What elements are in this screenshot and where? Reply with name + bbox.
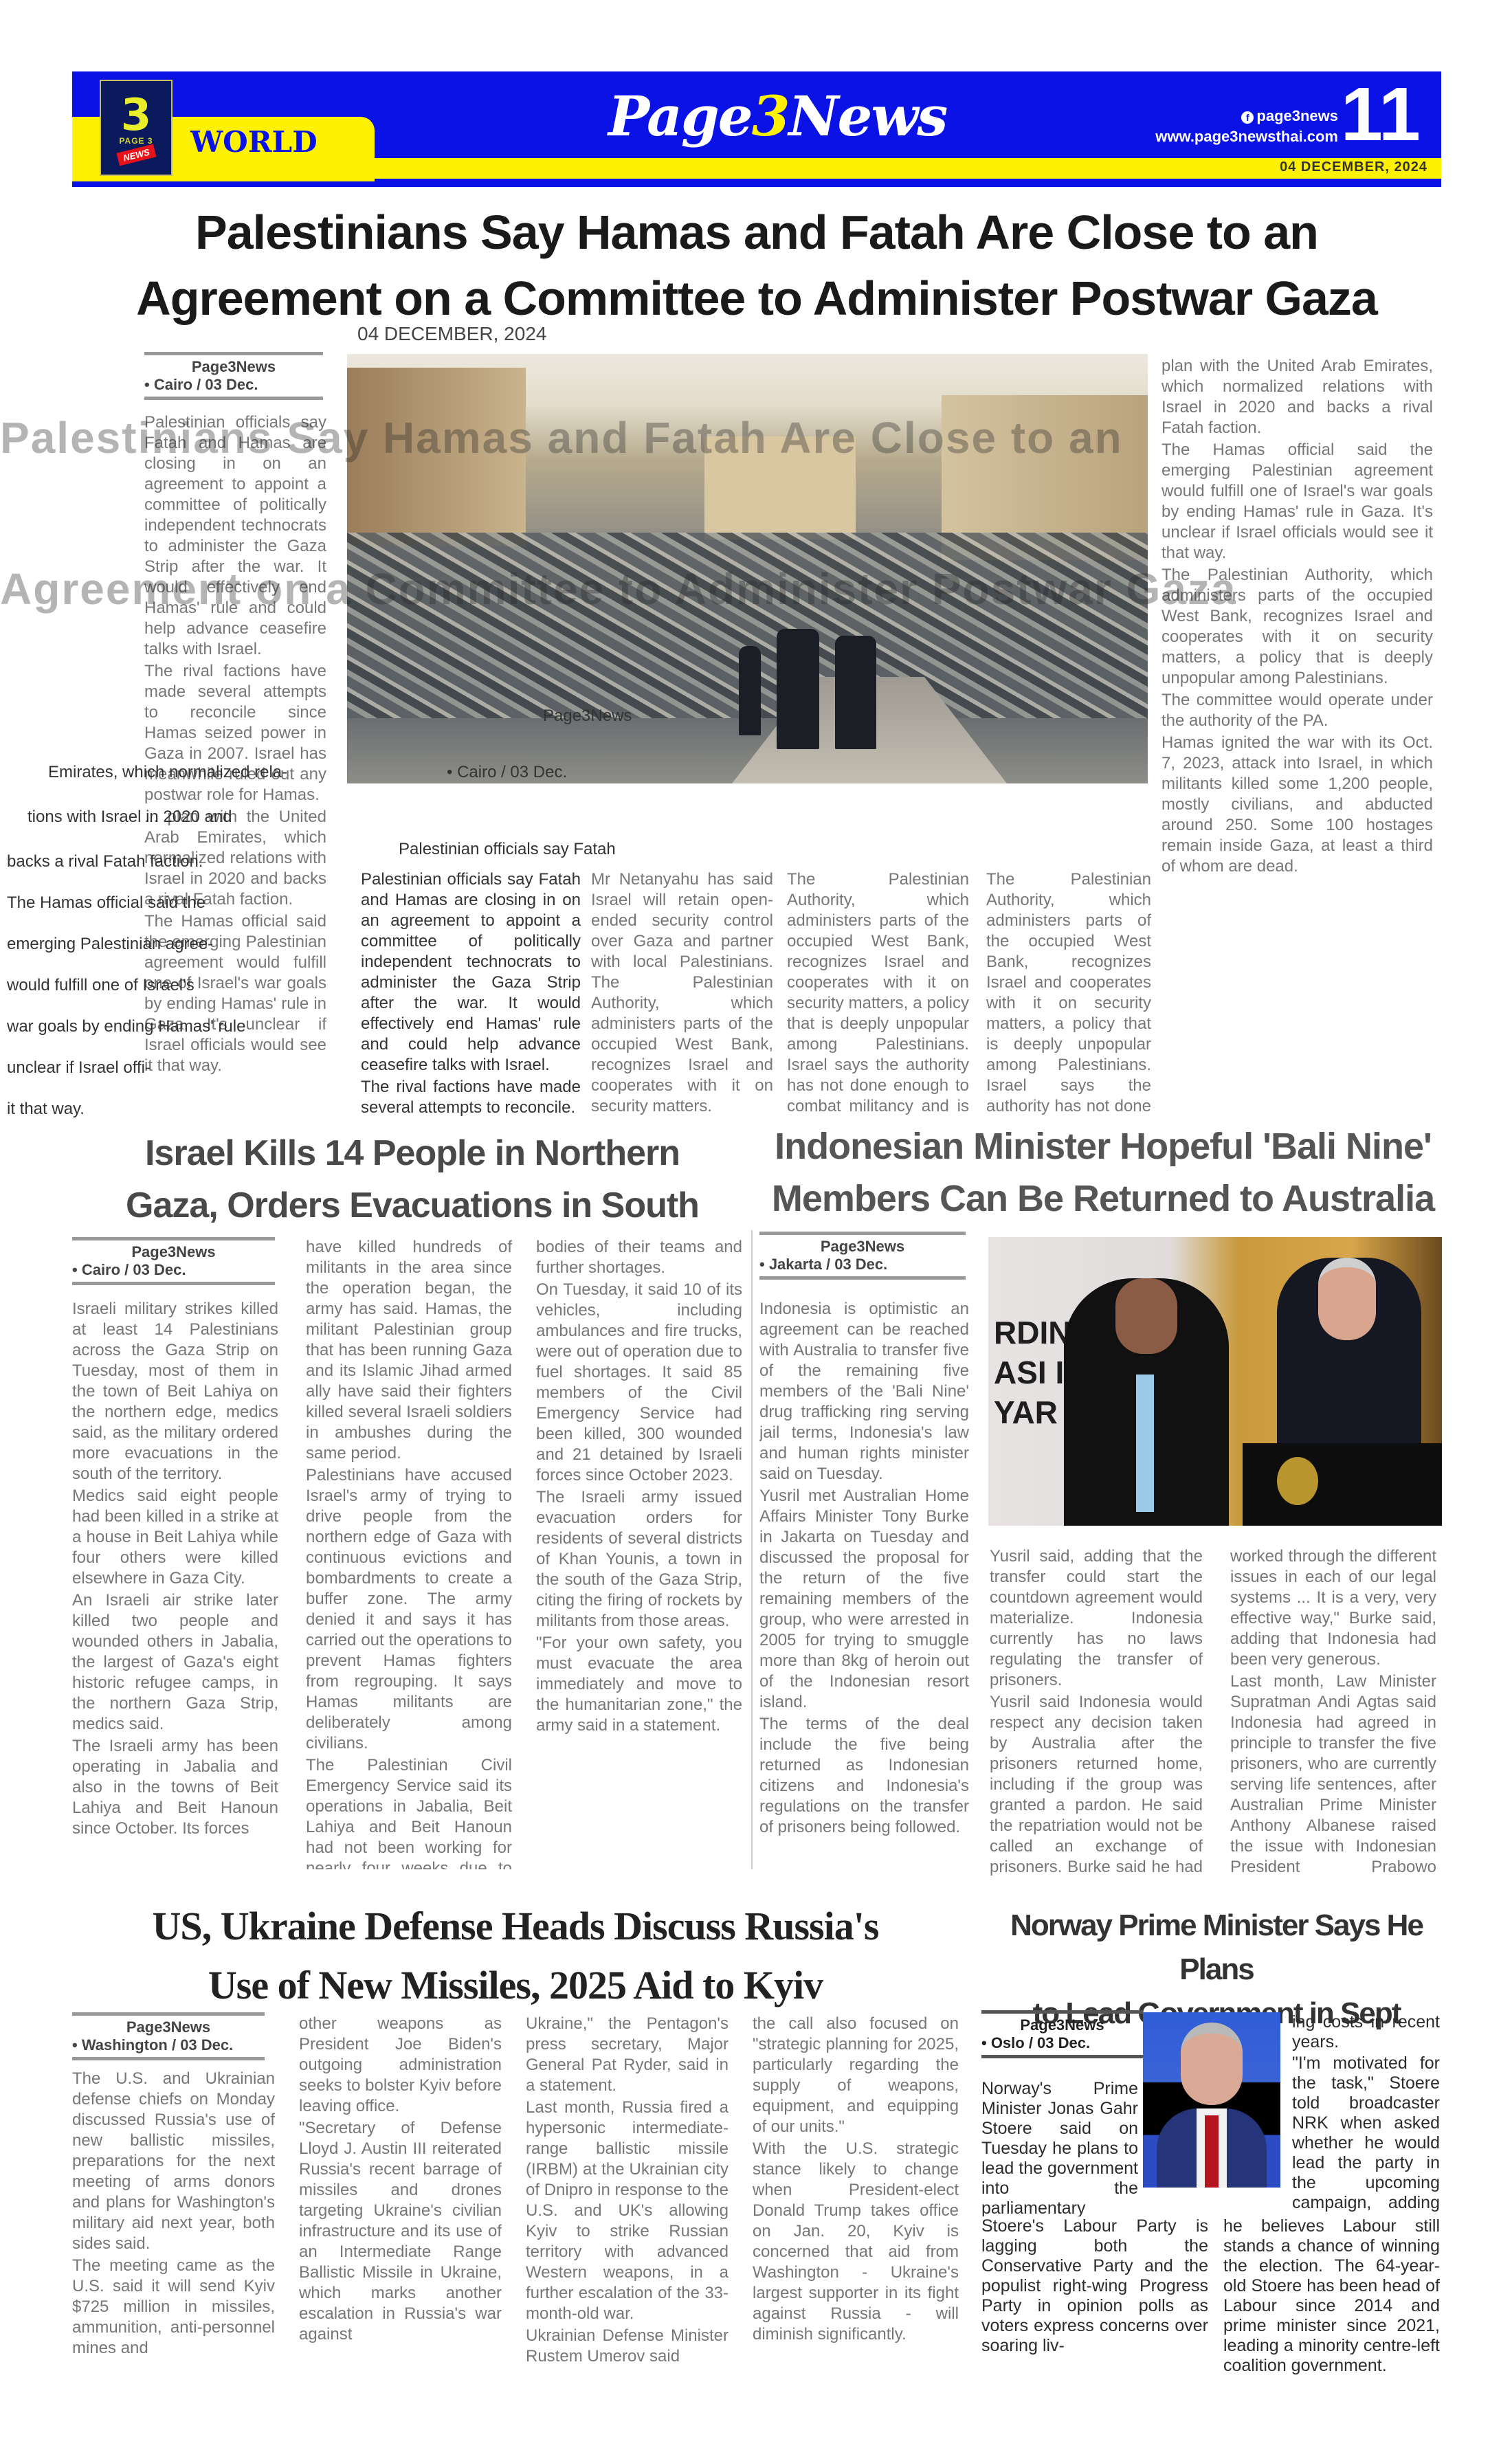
paragraph: The Palestinian Civil Emergency Service … [306,1755,512,1869]
headline-line: Agreement on a Committee to Administer P… [136,271,1377,325]
paragraph: Yusril said Indonesia would respect any … [990,1692,1203,1876]
paragraph: Yusril met Australian Home Affairs Minis… [759,1486,969,1713]
article-column: Yusril said, adding that the transfer co… [990,1546,1203,1876]
paragraph: Israeli military strikes killed at least… [72,1299,278,1484]
indonesia-minister-photo: RDINATO ASI I YAR [988,1237,1442,1526]
section-label: WORLD [190,125,318,159]
article-column: The Palestinian Authority, which adminis… [787,869,969,1117]
paragraph: "I'm motivated for the task," Stoere tol… [1292,2054,1440,2215]
article-column: Norway's Prime Minister Jonas Gahr Stoer… [981,2079,1138,2216]
paragraph: Indonesia is optimistic an agreement can… [759,1299,969,1484]
ghost-headline-fragment: Palestinians Say Hamas and Fatah Are Clo… [0,412,1123,463]
paragraph: An Israeli air strike later killed two p… [72,1590,278,1735]
paragraph: plan with the United Arab Emirates, whic… [1161,356,1433,438]
paragraph: have killed hundreds of militants in the… [306,1237,512,1464]
paragraph: With the U.S. strategic stance likely to… [753,2139,959,2345]
brand-prefix: Page [608,84,752,148]
masthead-bottom-line [72,181,1441,187]
byline-source: Page3News [144,358,323,376]
photo-person-speaker [1064,1278,1229,1526]
headline-line: Indonesian Minister Hopeful 'Bali Nine' [775,1126,1432,1167]
paragraph: bodies of their teams and further shorta… [536,1237,742,1278]
column-divider [751,1230,753,1869]
paragraph: The Palestinian Authority, which adminis… [787,869,969,1117]
photo-tie [1136,1375,1154,1512]
ghost-text: unclear if Israel offi- [7,1058,151,1078]
website-link[interactable]: www.page3newsthai.com [1155,126,1338,147]
headline-line: Gaza, Orders Evacuations in South [126,1186,699,1225]
ghost-text: Emirates, which normalized rela- [48,763,287,782]
article-column: bodies of their teams and further shorta… [536,1237,742,1869]
paragraph: Stoere's Labour Party is lagging both th… [981,2216,1208,2356]
ghost-text: backs a rival Fatah faction. [7,852,203,871]
headline-line: Palestinians Say Hamas and Fatah Are Clo… [195,205,1318,259]
byline-palestine: Page3News • Cairo / 03 Dec. [144,352,323,400]
photo-person [835,636,876,749]
paragraph: Hamas ignited the war with its Oct. 7, 2… [1161,733,1433,877]
page-number: 11 [1341,77,1421,153]
headline-line: Use of New Missiles, 2025 Aid to Kyiv [208,1963,823,2007]
logo-digit: 3 [121,95,152,136]
paragraph: ing costs in recent years. [1292,2012,1440,2052]
paragraph: The committee would operate under the au… [1161,690,1433,731]
paragraph: Norway's Prime Minister Jonas Gahr Stoer… [981,2079,1138,2216]
paragraph: The Israeli army issued evacuation order… [536,1487,742,1632]
paragraph: Ukraine," the Pentagon's press secretary… [526,2014,729,2096]
social-links: fpage3news www.page3newsthai.com [1155,106,1338,147]
headline-line: US, Ukraine Defense Heads Discuss Russia… [153,1904,879,1948]
article-column: other weapons as President Joe Biden's o… [299,2014,502,2378]
paragraph: he believes Labour still stands a chance… [1223,2216,1440,2376]
headline-line: Norway Prime Minister Says He Plans [1010,1909,1423,1986]
paragraph: "For your own safety, you must evacuate … [536,1633,742,1736]
photo-face [1318,1258,1376,1340]
ghost-caption-location: • Cairo / 03 Dec. [447,763,567,782]
photo-person [739,646,761,735]
byline-source: Page3News [72,1243,275,1261]
ghost-date: 04 DECEMBER, 2024 [357,323,546,345]
paragraph: The meeting came as the U.S. said it wil… [72,2256,275,2359]
byline-location: • Cairo / 03 Dec. [72,1261,275,1279]
masthead: 3 PAGE 3 NEWS WORLD Page3News fpage3news… [72,71,1441,181]
byline-location: • Oslo / 03 Dec. [981,2034,1143,2052]
article-column: Palestinian officials say Fatah and Hama… [144,412,326,1106]
paragraph: "Secretary of Defense Lloyd J. Austin II… [299,2118,502,2345]
paragraph: Last month, Law Minister Supratman Andi … [1230,1671,1436,1876]
paragraph: The rival factions have made several att… [361,1077,581,1117]
article-column: Mr Netanyahu has said Israel will retain… [591,869,773,1117]
article-column: The U.S. and Ukrainian defense chiefs on… [72,2069,275,2378]
article-column: Israeli military strikes killed at least… [72,1299,278,1869]
paragraph: On Tuesday, it said 10 of its vehicles, … [536,1280,742,1486]
photo-face [1181,2023,1243,2105]
byline-source: Page3News [981,2016,1143,2034]
ghost-text: would fulfill one of Israel's [7,976,194,995]
byline-location: • Washington / 03 Dec. [72,2036,265,2054]
paragraph: The U.S. and Ukrainian defense chiefs on… [72,2069,275,2254]
byline-israel: Page3News • Cairo / 03 Dec. [72,1237,275,1285]
headline-israel: Israel Kills 14 People in Northern Gaza,… [82,1127,742,1232]
byline-indonesia: Page3News • Jakarta / 03 Dec. [759,1232,966,1280]
headline-line: Israel Kills 14 People in Northern [145,1133,680,1173]
byline-source: Page3News [72,2018,265,2036]
article-column: Stoere's Labour Party is lagging both th… [981,2216,1208,2381]
paragraph: The terms of the deal include the five b… [759,1714,969,1838]
brand-suffix: News [788,84,946,148]
byline-location: • Jakarta / 03 Dec. [759,1256,966,1273]
photo-person [777,629,819,749]
facebook-handle: page3news [1256,107,1338,124]
article-column: have killed hundreds of militants in the… [306,1237,512,1869]
article-column: The Palestinian Authority, which adminis… [986,869,1151,1117]
paragraph: The rival factions have made several att… [144,661,326,805]
byline-norway: Page3News • Oslo / 03 Dec. [981,2010,1143,2058]
headline-us-ukraine: US, Ukraine Defense Heads Discuss Russia… [76,1897,955,2015]
headline-indonesia: Indonesian Minister Hopeful 'Bali Nine' … [763,1120,1443,1225]
paragraph: Medics said eight people had been killed… [72,1486,278,1589]
headline-palestine: Palestinians Say Hamas and Fatah Are Clo… [72,199,1441,331]
article-column: Ukraine," the Pentagon's press secretary… [526,2014,729,2378]
article-column: he believes Labour still stands a chance… [1223,2216,1440,2381]
byline-location: • Cairo / 03 Dec. [144,376,323,394]
ghost-text: Palestinian officials say Fatah [399,840,616,859]
article-column: plan with the United Arab Emirates, whic… [1161,356,1433,1115]
paragraph: Mr Netanyahu has said Israel will retain… [591,869,773,1117]
paragraph: Palestinian officials say Fatah and Hama… [361,869,581,1076]
ghost-headline-fragment: Agreement on a Committee to Administer P… [0,564,1237,614]
facebook-link[interactable]: fpage3news [1155,106,1338,126]
podium-seal [1277,1457,1318,1505]
ghost-text: emerging Palestinian agree- [7,935,213,954]
facebook-icon: f [1241,111,1254,124]
brand-wordmark: Page3News [608,84,946,148]
article-column: Indonesia is optimistic an agreement can… [759,1299,969,1869]
paragraph: other weapons as President Joe Biden's o… [299,2014,502,2117]
brand-digit: 3 [752,84,789,148]
paragraph: the call also focused on "strategic plan… [753,2014,959,2137]
byline-source: Page3News [759,1238,966,1256]
photo-podium [1243,1443,1442,1526]
article-column: the call also focused on "strategic plan… [753,2014,959,2378]
paragraph: Last month, Russia fired a hypersonic in… [526,2098,729,2324]
ghost-text: tions with Israel in 2020 and [27,808,232,827]
ghost-text: it that way. [7,1100,85,1119]
paragraph: Palestinians have accused Israel's army … [306,1465,512,1754]
paragraph: The Hamas official said the emerging Pal… [1161,440,1433,564]
ghost-text: The Hamas official said the [7,893,205,913]
logo-news-label: NEWS [116,144,156,166]
ghost-text: war goals by ending Hamas' rule [7,1017,245,1036]
paragraph: The Palestinian Authority, which adminis… [986,869,1151,1117]
headline-line: Members Can Be Returned to Australia [772,1178,1434,1219]
logo-page-label: PAGE 3 [119,136,153,146]
issue-date: 04 DECEMBER, 2024 [1280,159,1427,175]
norway-pm-portrait [1143,2012,1280,2188]
paragraph: The Israeli army has been operating in J… [72,1736,278,1839]
photo-face [1115,1278,1177,1354]
photo-tie [1205,2115,1219,2188]
ghost-caption-source: Page3News [543,706,632,726]
byline-us-ukraine: Page3News • Washington / 03 Dec. [72,2012,265,2060]
paragraph: Ukrainian Defense Minister Rustem Umerov… [526,2326,729,2367]
page3-logo: 3 PAGE 3 NEWS [100,80,173,176]
paragraph: worked through the different issues in e… [1230,1546,1436,1670]
article-column: ing costs in recent years. "I'm motivate… [1292,2012,1440,2215]
paragraph: Yusril said, adding that the transfer co… [990,1546,1203,1691]
article-column: Palestinian officials say Fatah and Hama… [361,869,581,1117]
article-column: worked through the different issues in e… [1230,1546,1436,1876]
